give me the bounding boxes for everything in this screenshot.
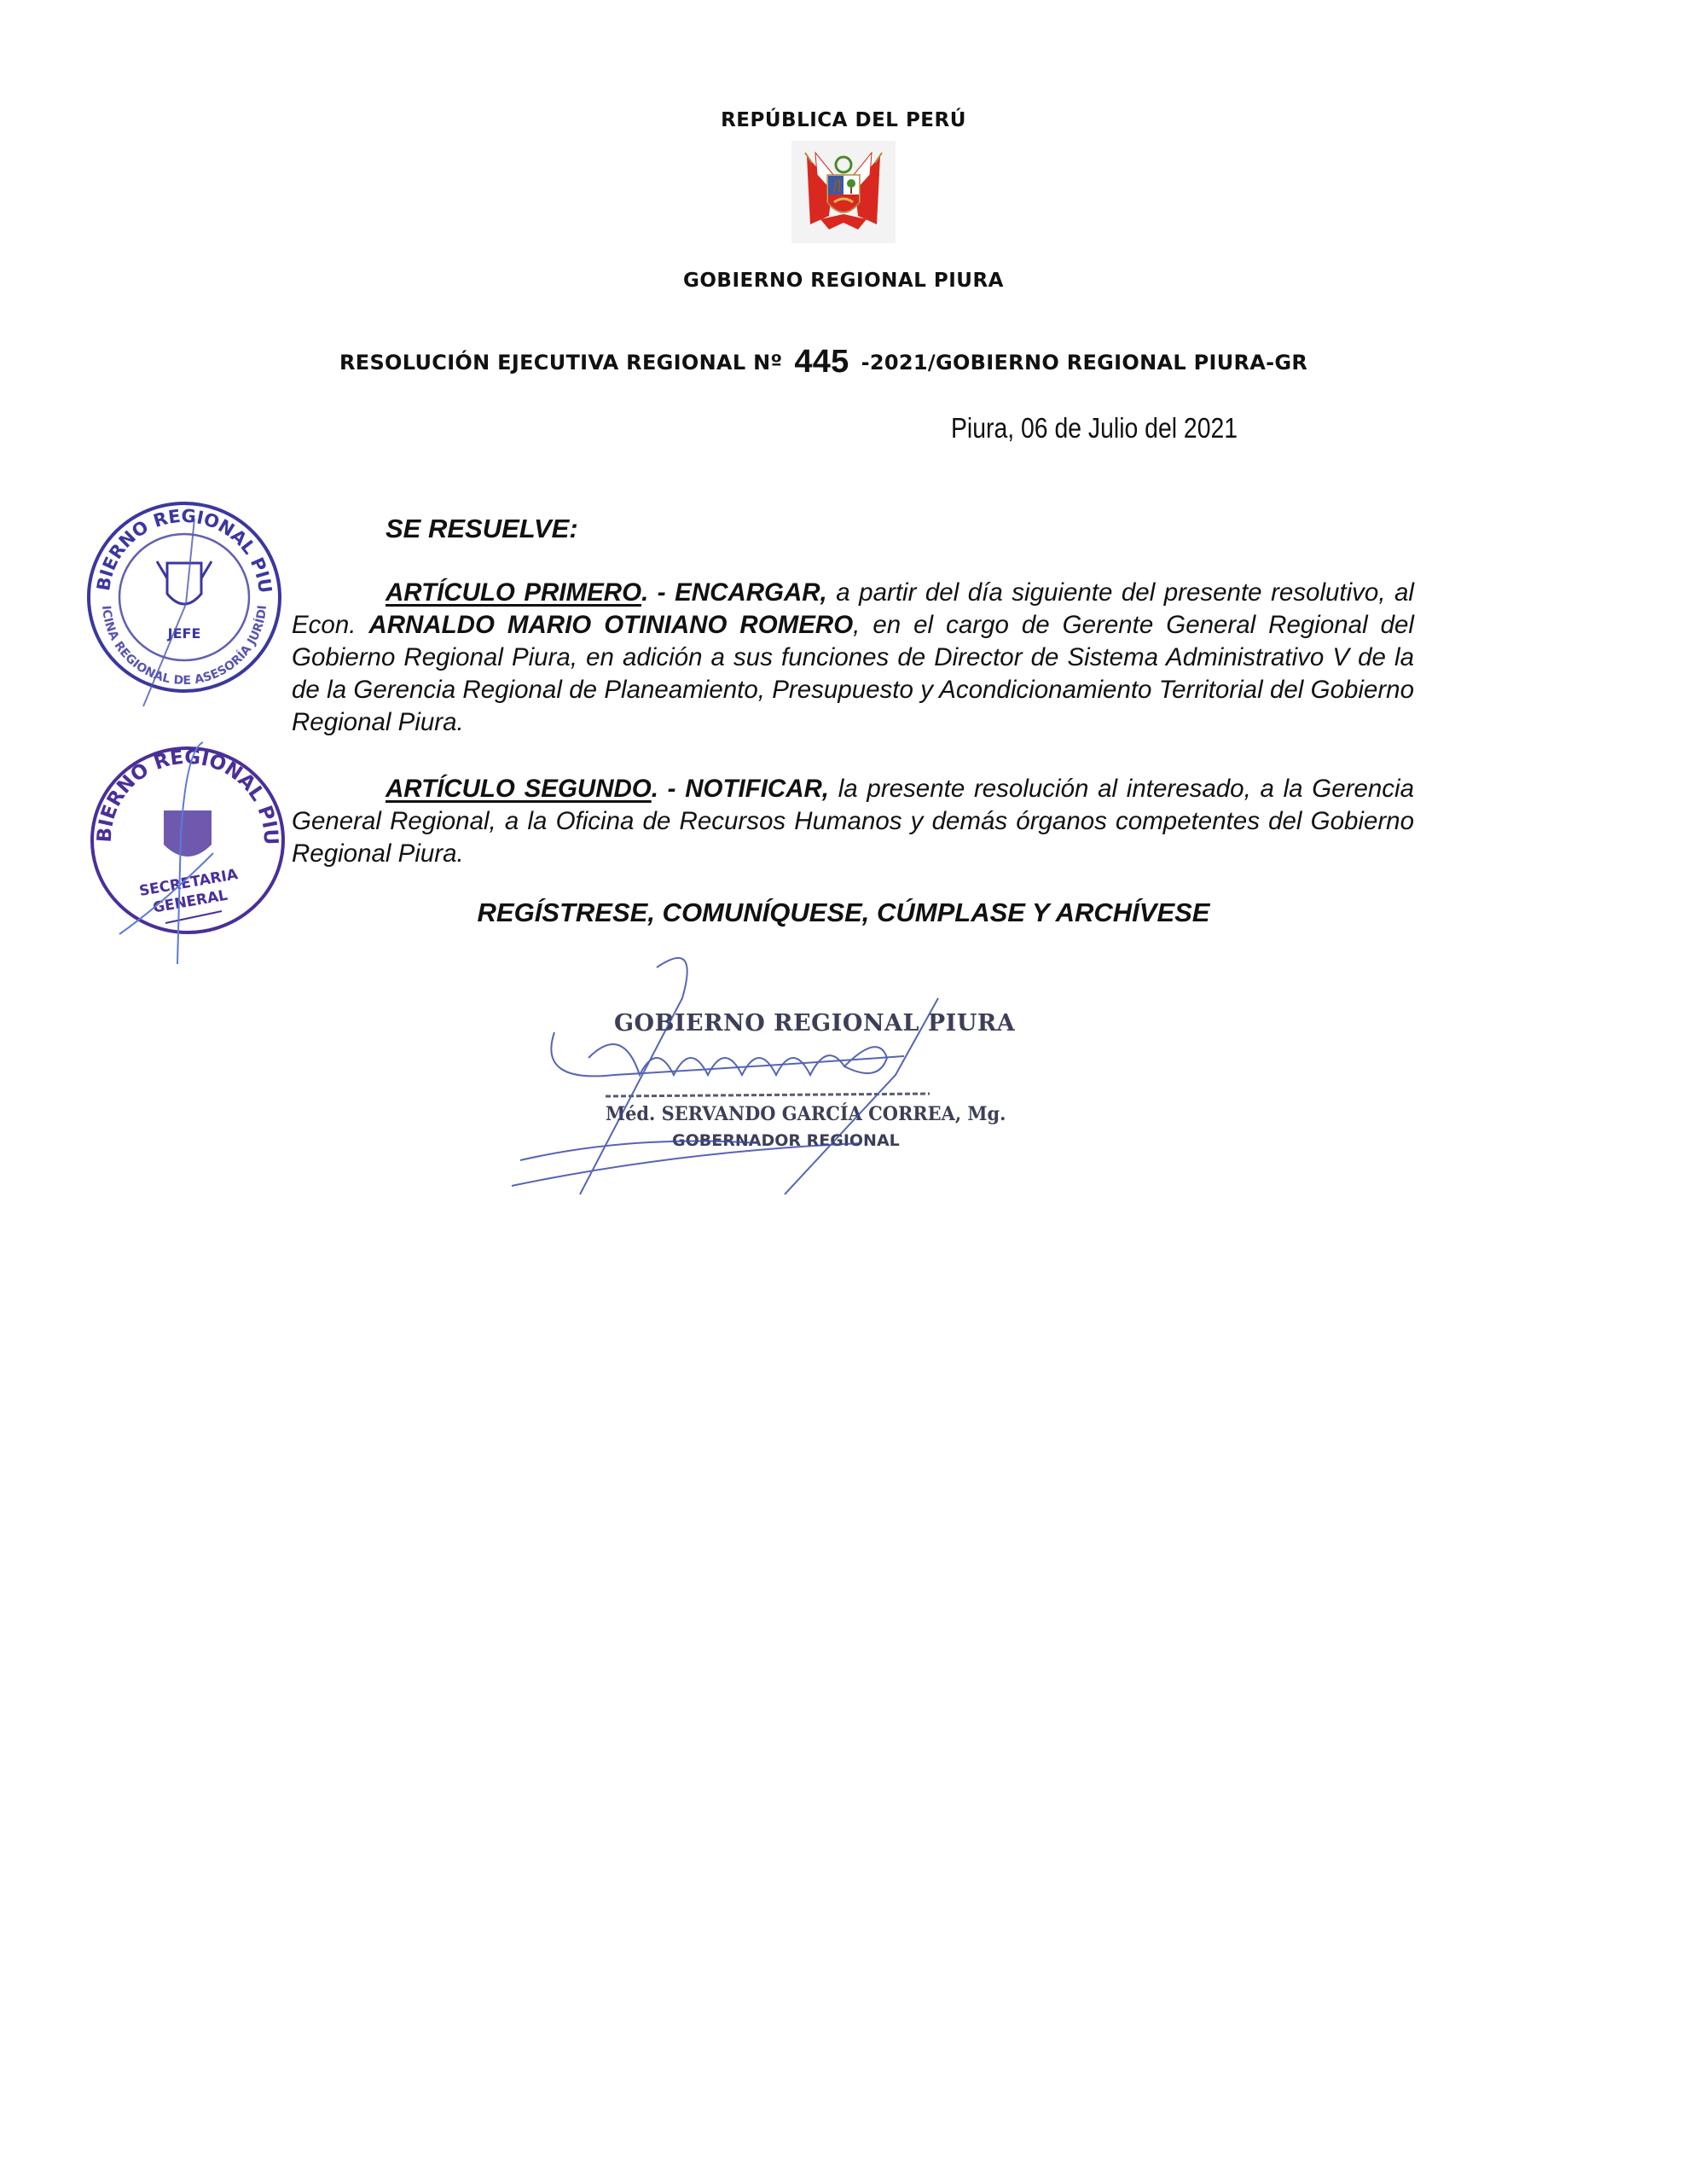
- article-second-heading: ARTÍCULO SEGUNDO: [386, 775, 652, 803]
- general-secretary-seal: GOBIERNO REGIONAL PIURA SECRETARIA GENER…: [85, 734, 290, 968]
- institution-heading: GOBIERNO REGIONAL PIURA: [0, 270, 1687, 292]
- legal-office-seal: GOBIERNO REGIONAL PIURA OFICINA REGIONAL…: [84, 493, 288, 711]
- resolution-prefix: RESOLUCIÓN EJECUTIVA REGIONAL Nº: [339, 351, 782, 375]
- official-seal-icon: GOBIERNO REGIONAL PIURA OFICINA REGIONAL…: [84, 493, 288, 706]
- article-second: ARTÍCULO SEGUNDO. - NOTIFICAR, la presen…: [292, 773, 1414, 870]
- article-first-verb: ENCARGAR,: [675, 578, 827, 607]
- governor-signature-block: GOBIERNO REGIONAL PIURA Méd. SERVANDO GA…: [503, 947, 981, 1203]
- article-first-heading: ARTÍCULO PRIMERO: [386, 578, 641, 607]
- closing-formula: REGÍSTRESE, COMUNÍQUESE, CÚMPLASE Y ARCH…: [0, 897, 1687, 928]
- appointee-name: ARNALDO MARIO OTINIANO ROMERO: [368, 611, 853, 639]
- document-date: Piura, 06 de Julio del 2021: [951, 412, 1238, 444]
- resolves-heading: SE RESUELVE:: [386, 514, 578, 544]
- article-first: ARTÍCULO PRIMERO. - ENCARGAR, a partir d…: [292, 577, 1414, 739]
- article-second-verb: NOTIFICAR,: [685, 775, 829, 803]
- handwritten-signature-icon: [503, 947, 981, 1203]
- country-heading: REPÚBLICA DEL PERÚ: [0, 109, 1687, 131]
- official-seal-icon: GOBIERNO REGIONAL PIURA SECRETARIA GENER…: [85, 734, 290, 964]
- peru-coat-of-arms-icon: [791, 141, 896, 243]
- resolution-suffix: -2021/GOBIERNO REGIONAL PIURA-GR: [861, 351, 1308, 375]
- resolution-number: 445: [794, 344, 849, 380]
- resolution-title: RESOLUCIÓN EJECUTIVA REGIONAL Nº445-2021…: [339, 341, 1346, 378]
